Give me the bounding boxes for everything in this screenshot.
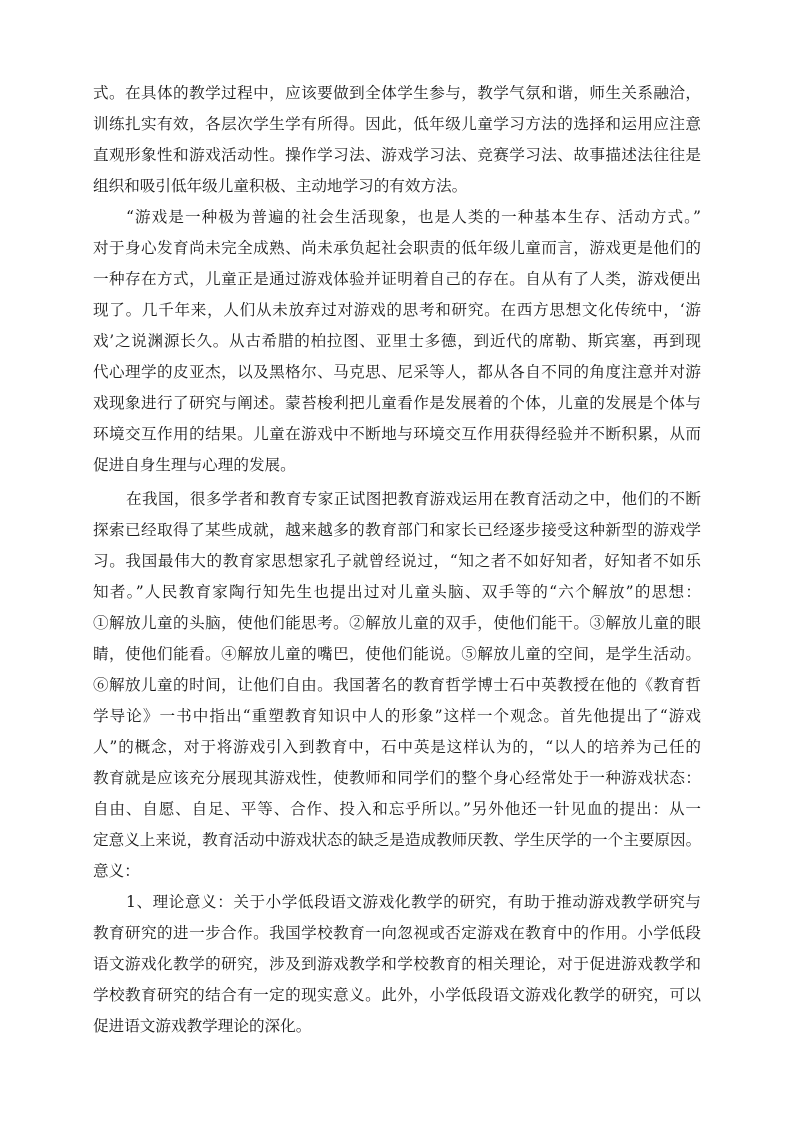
paragraph-3-line-12: 定意义上来说，教育活动中游戏状态的缺乏是造成教师厌教、学生厌学的一个主要原因。 [93,830,701,850]
paragraph-2-line-1: “游戏是一种极为普遍的社会生活现象，也是人类的一种基本生存、活动方式。” [126,207,701,227]
paragraph-3-line-4: 知者。”人民教育家陶行知先生也提出过对儿童头脑、双手等的“六个解放”的思想： [93,582,701,602]
paragraph-4-line-4: 学校教育研究的结合有一定的现实意义。此外，小学低段语文游戏化教学的研究，可以 [93,985,701,1005]
paragraph-3-line-11: 自由、自愿、自足、平等、合作、投入和忘乎所以。”另外他还一针见血的提出：从一 [93,799,701,819]
paragraph-1-line-1: 式。在具体的教学过程中，应该要做到全体学生参与，教学气氛和谐，师生关系融洽， [93,83,701,103]
paragraph-4-line-5: 促进语文游戏教学理论的深化。 [93,1016,701,1036]
paragraph-3-line-7: ⑥解放儿童的时间，让他们自由。我国著名的教育哲学博士石中英教授在他的《教育哲 [93,675,701,695]
paragraph-1-line-4: 组织和吸引低年级儿童积极、主动地学习的有效方法。 [93,176,701,196]
paragraph-2-line-9: 促进自身生理与心理的发展。 [93,455,701,475]
paragraph-4-line-1: 1、理论意义：关于小学低段语文游戏化教学的研究，有助于推动游戏教学研究与 [126,892,701,912]
paragraph-2-line-5: 戏’之说渊源长久。从古希腊的柏拉图、亚里士多德，到近代的席勒、斯宾塞，再到现 [93,331,701,351]
paragraph-2-line-3: 一种存在方式，儿童正是通过游戏体验并证明着自己的存在。自从有了人类，游戏便出 [93,269,701,289]
paragraph-2-line-4: 现了。几千年来，人们从未放弃过对游戏的思考和研究。在西方思想文化传统中，‘游 [93,300,701,320]
paragraph-2-line-7: 戏现象进行了研究与阐述。蒙苔梭利把儿童看作是发展着的个体，儿童的发展是个体与 [93,393,701,413]
paragraph-4-line-2: 教育研究的进一步合作。我国学校教育一向忽视或否定游戏在教育中的作用。小学低段 [93,923,701,943]
paragraph-3-line-6: 睛，使他们能看。④解放儿童的嘴巴，使他们能说。⑤解放儿童的空间，是学生活动。 [93,644,701,664]
paragraph-1-line-3: 直观形象性和游戏活动性。操作学习法、游戏学习法、竞赛学习法、故事描述法往往是 [93,145,701,165]
paragraph-1-line-2: 训练扎实有效，各层次学生学有所得。因此，低年级儿童学习方法的选择和运用应注意 [93,114,701,134]
paragraph-3-line-10: 教育就是应该充分展现其游戏性，使教师和同学们的整个身心经常处于一种游戏状态： [93,768,701,788]
document-page: 式。在具体的教学过程中，应该要做到全体学生参与，教学气氛和谐，师生关系融洽， 训… [0,0,793,1122]
paragraph-2-line-8: 环境交互作用的结果。儿童在游戏中不断地与环境交互作用获得经验并不断积累，从而 [93,424,701,444]
section-heading-significance: 意义： [93,861,701,881]
paragraph-2-line-6: 代心理学的皮亚杰，以及黑格尔、马克思、尼采等人，都从各自不同的角度注意并对游 [93,362,701,382]
paragraph-2-line-2: 对于身心发育尚未完全成熟、尚未承负起社会职责的低年级儿童而言，游戏更是他们的 [93,238,701,258]
paragraph-3-line-8: 学导论》一书中指出“重塑教育知识中人的形象”这样一个观念。首先他提出了“游戏 [93,706,701,726]
paragraph-3-line-2: 探索已经取得了某些成就，越来越多的教育部门和家长已经逐步接受这种新型的游戏学 [93,520,701,540]
paragraph-3-line-5: ①解放儿童的头脑，使他们能思考。②解放儿童的双手，使他们能干。③解放儿童的眼 [93,613,701,633]
paragraph-3-line-1: 在我国，很多学者和教育专家正试图把教育游戏运用在教育活动之中，他们的不断 [126,489,701,509]
paragraph-3-line-3: 习。我国最伟大的教育家思想家孔子就曾经说过，“知之者不如好知者，好知者不如乐 [93,551,701,571]
paragraph-3-line-9: 人”的概念，对于将游戏引入到教育中，石中英是这样认为的，“以人的培养为己任的 [93,737,701,757]
paragraph-4-line-3: 语文游戏化教学的研究，涉及到游戏教学和学校教育的相关理论，对于促进游戏教学和 [93,954,701,974]
